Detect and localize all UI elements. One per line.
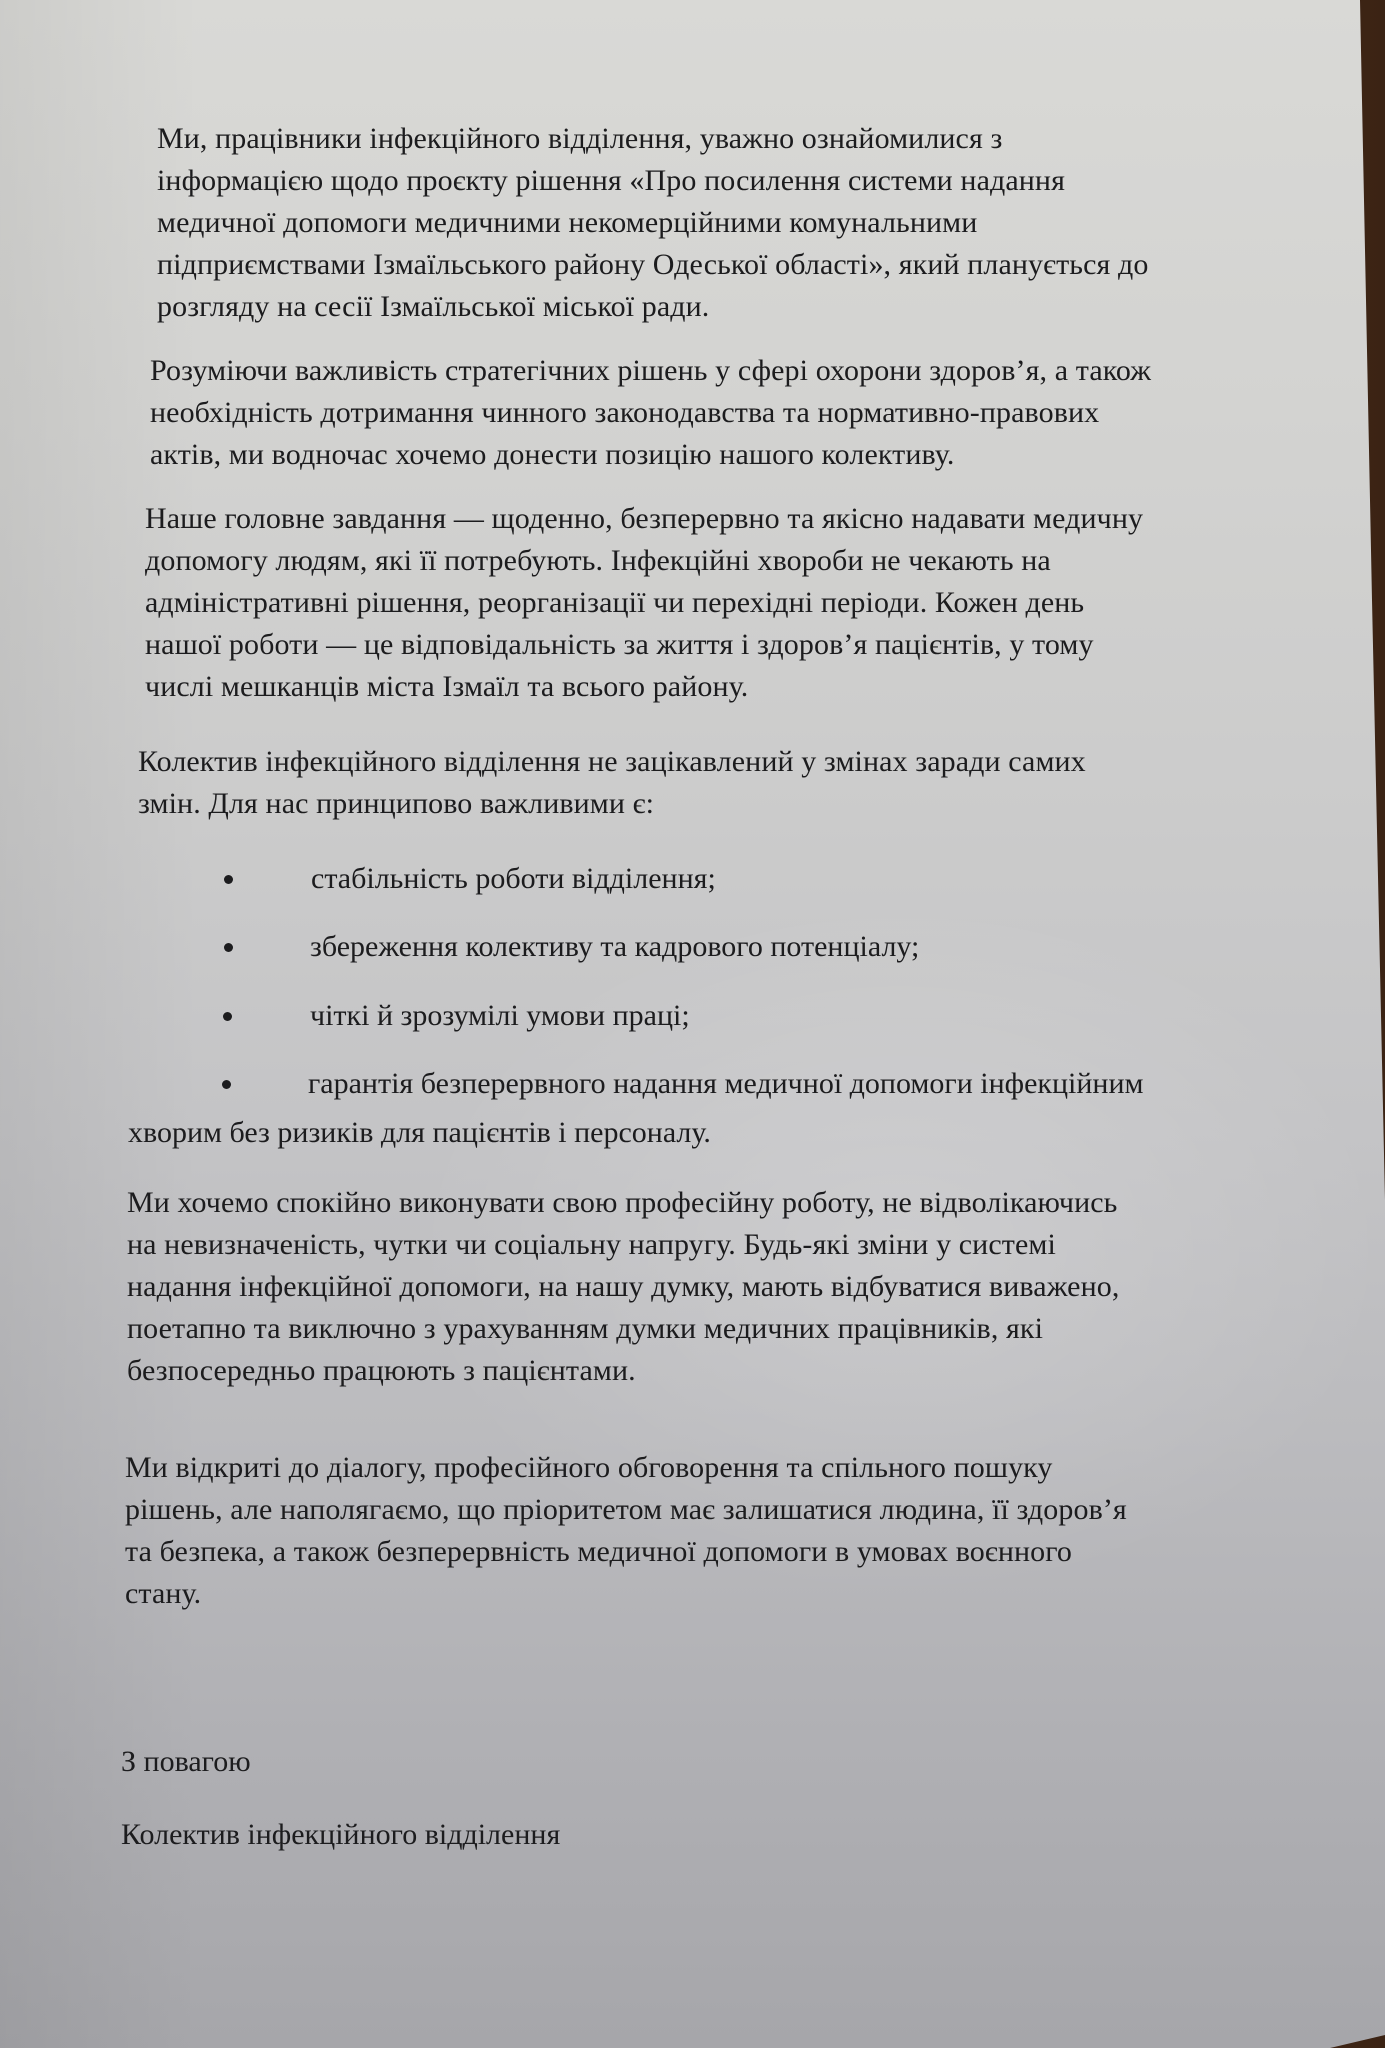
text-line: Розуміючи важливість стратегічних рішень… bbox=[150, 350, 1151, 392]
text-line: підприємствами Ізмаїльського району Одес… bbox=[157, 244, 1148, 286]
text-line: допомогу людям, які її потребують. Інфек… bbox=[145, 540, 1143, 582]
paragraph-priorities: Колектив інфекційного відділення не заці… bbox=[138, 741, 1086, 825]
text-line: адміністративні рішення, реорганізації ч… bbox=[145, 582, 1143, 624]
bullet-continuation-text: хворим без ризиків для пацієнтів і персо… bbox=[128, 1116, 711, 1149]
paragraph-understanding: Розуміючи важливість стратегічних рішень… bbox=[150, 350, 1151, 476]
text-line: стану. bbox=[125, 1573, 1127, 1615]
text-line: надання інфекційної допомоги, на нашу ду… bbox=[127, 1266, 1119, 1308]
text-line: Ми хочемо спокійно виконувати свою профе… bbox=[127, 1182, 1119, 1224]
text-line: необхідність дотримання чинного законода… bbox=[150, 392, 1151, 434]
text-line: розгляду на сесії Ізмаїльської міської р… bbox=[157, 286, 1148, 328]
bullet-text: стабільність роботи відділення; bbox=[311, 858, 716, 900]
text-line: змін. Для нас принципово важливими є: bbox=[138, 783, 1086, 825]
text-line: Ми, працівники інфекційного відділення, … bbox=[157, 118, 1148, 160]
text-line: Колектив інфекційного відділення не заці… bbox=[138, 741, 1086, 783]
bullet-text: збереження колективу та кадрового потенц… bbox=[310, 926, 919, 968]
signature-text: Колектив інфекційного відділення bbox=[121, 1814, 560, 1856]
bullet-continuation: хворим без ризиків для пацієнтів і персо… bbox=[128, 1112, 711, 1154]
text-line: безпосередньо працюють з пацієнтами. bbox=[127, 1350, 1119, 1392]
text-line: та безпека, а також безперервність медич… bbox=[125, 1531, 1127, 1573]
text-line: інформацією щодо проєкту рішення «Про по… bbox=[157, 160, 1148, 202]
bullet-icon bbox=[222, 1080, 231, 1089]
paragraph-dialogue: Ми відкриті до діалогу, професійного обг… bbox=[125, 1447, 1127, 1615]
text-line: актів, ми водночас хочемо донести позиці… bbox=[150, 434, 1151, 476]
bullet-text: чіткі й зрозумілі умови праці; bbox=[310, 995, 690, 1037]
document-body: Ми, працівники інфекційного відділення, … bbox=[0, 0, 1385, 2048]
closing-text: З повагою bbox=[121, 1741, 251, 1783]
paragraph-calm-work: Ми хочемо спокійно виконувати свою профе… bbox=[127, 1182, 1119, 1392]
bullet-icon bbox=[224, 943, 233, 952]
text-line: числі мешканців міста Ізмаїл та всього р… bbox=[145, 666, 1143, 708]
paragraph-main-task: Наше головне завдання — щоденно, безпере… bbox=[145, 498, 1143, 708]
text-line: медичної допомоги медичними некомерційни… bbox=[157, 202, 1148, 244]
bullet-icon bbox=[223, 1012, 232, 1021]
paragraph-intro: Ми, працівники інфекційного відділення, … bbox=[157, 118, 1148, 328]
text-line: нашої роботи — це відповідальність за жи… bbox=[145, 624, 1143, 666]
text-line: рішень, але наполягаємо, що пріоритетом … bbox=[125, 1489, 1127, 1531]
bullet-text: гарантія безперервного надання медичної … bbox=[308, 1063, 1144, 1105]
text-line: Ми відкриті до діалогу, професійного обг… bbox=[125, 1447, 1127, 1489]
text-line: поетапно та виключно з урахуванням думки… bbox=[127, 1308, 1119, 1350]
text-line: Наше головне завдання — щоденно, безпере… bbox=[145, 498, 1143, 540]
text-line: на невизначеність, чутки чи соціальну на… bbox=[127, 1224, 1119, 1266]
bullet-icon bbox=[224, 875, 233, 884]
